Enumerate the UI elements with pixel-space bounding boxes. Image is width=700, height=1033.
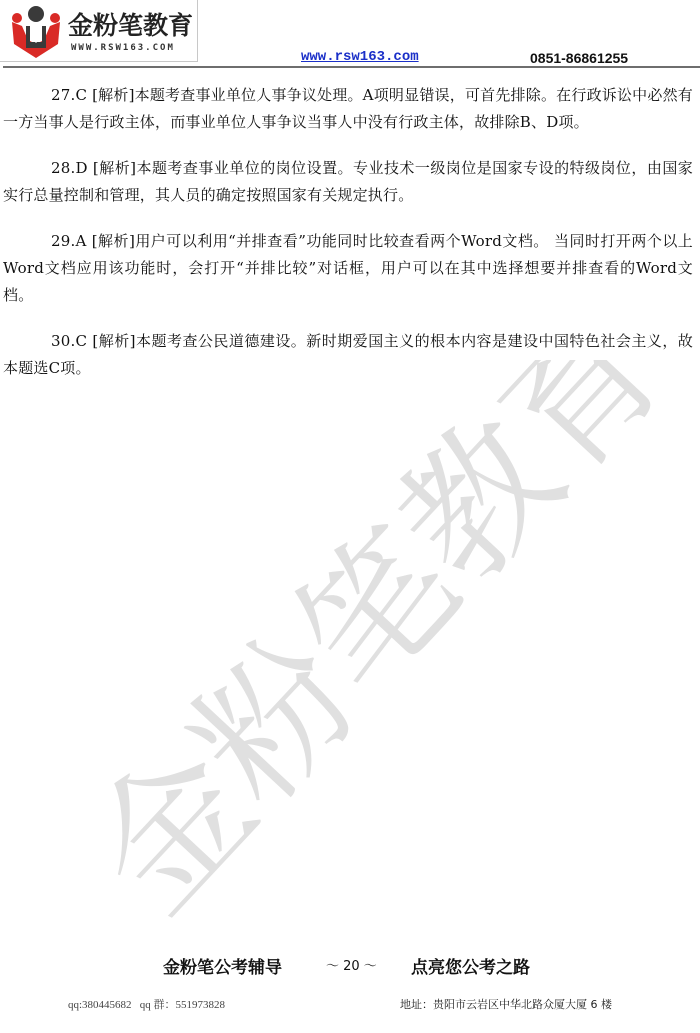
footer-contact: qq:380445682 qq 群：551973828 地址：贵阳市云岩区中华北…	[0, 996, 700, 1016]
answer-paragraph-28: 28.D [解析]本题考查事业单位的岗位设置。专业技术一级岗位是国家专设的特级岗…	[3, 155, 693, 209]
footer-slogan-right: 点亮您公考之路	[411, 953, 530, 978]
answer-explanations: 27.C [解析]本题考查事业单位人事争议处理。A项明显错误，可首先排除。在行政…	[3, 82, 693, 401]
qq-contact: qq:380445682 qq 群：551973828	[68, 996, 225, 1012]
footer: 金粉笔公考辅导 ～ 20 ～ 点亮您公考之路	[0, 953, 700, 983]
header-divider	[3, 66, 700, 68]
watermark: 金粉笔教育	[90, 360, 690, 920]
phone-number: 0851-86861255	[530, 50, 628, 66]
watermark-text: 金粉笔教育	[90, 360, 690, 920]
footer-slogan-left: 金粉笔公考辅导	[163, 953, 282, 978]
answer-paragraph-29: 29.A [解析]用户可以利用“并排查看”功能同时比较查看两个Word文档。 当…	[3, 228, 693, 309]
answer-paragraph-30: 30.C [解析]本题考查公民道德建设。新时期爱国主义的根本内容是建设中国特色社…	[3, 328, 693, 382]
answer-paragraph-27: 27.C [解析]本题考查事业单位人事争议处理。A项明显错误，可首先排除。在行政…	[3, 82, 693, 136]
logo-url: WWW.RSW163.COM	[71, 43, 175, 53]
logo: 金粉笔教育 WWW.RSW163.COM	[0, 0, 198, 62]
website-link[interactable]: www.rsw163.com	[301, 49, 419, 65]
page-number: ～ 20 ～	[326, 955, 377, 974]
mascot-shield-icon	[8, 4, 64, 60]
address: 地址：贵阳市云岩区中华北路众厦大厦 6 楼	[400, 996, 612, 1012]
logo-name: 金粉笔教育	[68, 12, 193, 40]
